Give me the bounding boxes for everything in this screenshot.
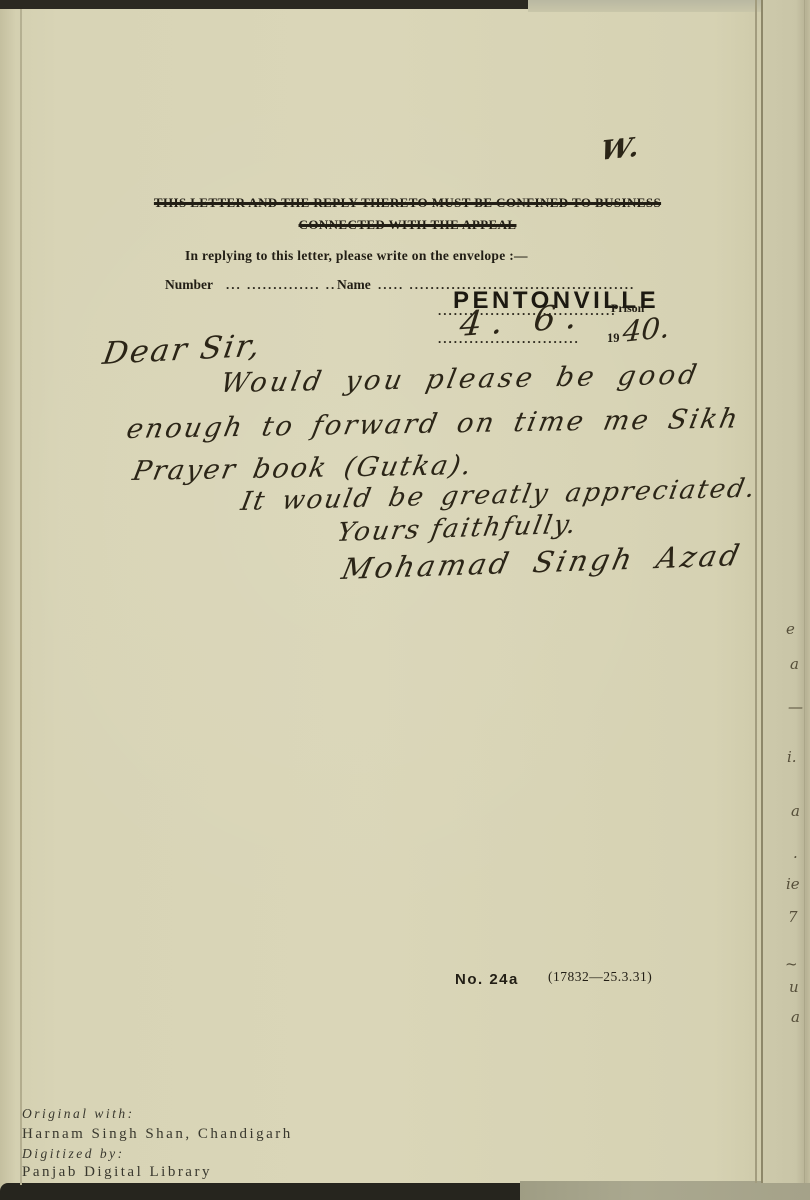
name-label: Name bbox=[337, 277, 371, 293]
edge-handwriting-fragment: e bbox=[786, 620, 795, 638]
handwritten-year: 40. bbox=[622, 310, 671, 349]
year-prefix: 19 bbox=[607, 331, 620, 346]
edge-handwriting-fragment: ~ bbox=[785, 955, 798, 973]
print-code: (17832—25.3.31) bbox=[548, 969, 652, 985]
form-number: No. 24a bbox=[455, 971, 519, 988]
envelope-instruction: In replying to this letter, please write… bbox=[185, 248, 528, 264]
edge-handwriting-fragment: u bbox=[789, 978, 799, 996]
letter-closing: Yours faithfully. bbox=[335, 510, 580, 548]
next-page-edge-line bbox=[804, 0, 805, 1183]
letter-salutation: Dear Sir, bbox=[100, 328, 264, 372]
letter-heading-line1: THIS LETTER AND THE REPLY THERETO MUST B… bbox=[150, 192, 665, 214]
handwritten-initials-mark: W. bbox=[599, 132, 644, 167]
binding-edge-top bbox=[0, 0, 528, 9]
letter-heading: THIS LETTER AND THE REPLY THERETO MUST B… bbox=[150, 192, 665, 236]
binding-edge-bottom bbox=[0, 1183, 520, 1200]
page-edge-line-right-1 bbox=[755, 0, 757, 1183]
edge-handwriting-fragment: 7 bbox=[788, 908, 798, 926]
footer-original-with-label: Original with: bbox=[22, 1106, 135, 1122]
letter-body-line1: Would you please be good bbox=[218, 360, 703, 399]
number-dotted-line: ... .............. .. bbox=[226, 277, 336, 293]
edge-handwriting-fragment: ie bbox=[786, 875, 800, 893]
edge-handwriting-fragment: a bbox=[790, 655, 799, 673]
number-label: Number bbox=[165, 277, 213, 293]
letter-heading-line2: CONNECTED WITH THE APPEAL bbox=[150, 214, 665, 236]
scanned-page: e a — i. a · ie 7 ~ u a W. THIS LETTER A… bbox=[0, 0, 810, 1200]
page-stack-edge-bottom-right bbox=[520, 1181, 810, 1200]
footer-digitized-by-label: Digitized by: bbox=[22, 1146, 125, 1162]
next-page-strip bbox=[763, 0, 810, 1183]
page-fold-line-left bbox=[20, 9, 22, 1185]
footer-original-with: Harnam Singh Shan, Chandigarh bbox=[22, 1126, 293, 1143]
footer-digitized-by: Panjab Digital Library bbox=[22, 1164, 212, 1181]
edge-handwriting-fragment: · bbox=[793, 848, 798, 866]
edge-handwriting-fragment: i. bbox=[787, 748, 797, 766]
edge-handwriting-fragment: a bbox=[791, 802, 800, 820]
letter-body-line2: enough to forward on time me Sikh bbox=[124, 403, 743, 445]
edge-handwriting-fragment: — bbox=[788, 698, 803, 716]
edge-handwriting-fragment: a bbox=[791, 1008, 800, 1026]
